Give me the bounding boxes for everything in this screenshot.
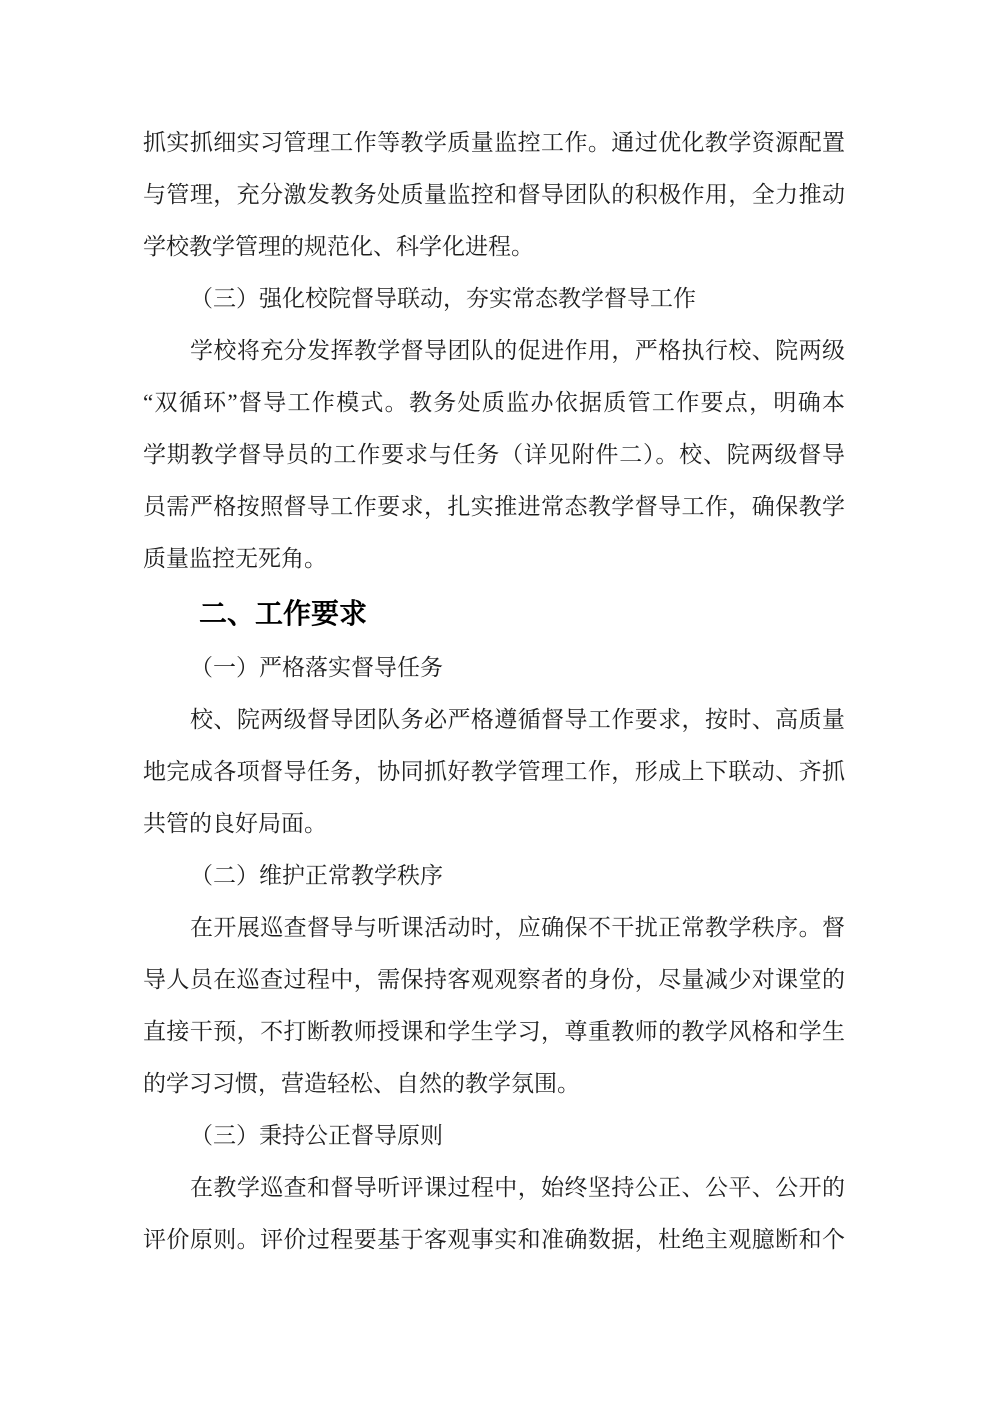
- doc-line: 学期教学督导员的工作要求与任务（详见附件二）。校、院两级督导: [143, 429, 845, 481]
- doc-line: 学校教学管理的规范化、科学化进程。: [143, 221, 845, 273]
- doc-line: 员需严格按照督导工作要求，扎实推进常态教学督导工作，确保教学: [143, 481, 845, 533]
- subsection-heading: （二）维护正常教学秩序: [143, 850, 845, 902]
- doc-line: 共管的良好局面。: [143, 798, 845, 850]
- doc-line: 评价原则。评价过程要基于客观事实和准确数据，杜绝主观臆断和个: [143, 1214, 845, 1266]
- doc-line: 在教学巡查和督导听评课过程中，始终坚持公正、公平、公开的: [143, 1162, 845, 1214]
- doc-line: 质量监控无死角。: [143, 533, 845, 585]
- document-text-block: 抓实抓细实习管理工作等教学质量监控工作。通过优化教学资源配置 与管理，充分激发教…: [143, 117, 845, 1266]
- doc-line: 导人员在巡查过程中，需保持客观观察者的身份，尽量减少对课堂的: [143, 954, 845, 1006]
- doc-line: 与管理，充分激发教务处质量监控和督导团队的积极作用，全力推动: [143, 169, 845, 221]
- section-heading: 二、工作要求: [143, 585, 845, 642]
- doc-line: “双循环”督导工作模式。教务处质监办依据质管工作要点，明确本: [143, 377, 845, 429]
- doc-line: 学校将充分发挥教学督导团队的促进作用，严格执行校、院两级: [143, 325, 845, 377]
- doc-line: 地完成各项督导任务，协同抓好教学管理工作，形成上下联动、齐抓: [143, 746, 845, 798]
- doc-line: 直接干预，不打断教师授课和学生学习，尊重教师的教学风格和学生: [143, 1006, 845, 1058]
- subsection-heading: （三）秉持公正督导原则: [143, 1110, 845, 1162]
- doc-line: 抓实抓细实习管理工作等教学质量监控工作。通过优化教学资源配置: [143, 117, 845, 169]
- subsection-heading: （三）强化校院督导联动，夯实常态教学督导工作: [143, 273, 845, 325]
- document-page: 抓实抓细实习管理工作等教学质量监控工作。通过优化教学资源配置 与管理，充分激发教…: [0, 0, 992, 1403]
- doc-line: 在开展巡查督导与听课活动时，应确保不干扰正常教学秩序。督: [143, 902, 845, 954]
- doc-line: 的学习习惯，营造轻松、自然的教学氛围。: [143, 1058, 845, 1110]
- subsection-heading: （一）严格落实督导任务: [143, 642, 845, 694]
- doc-line: 校、院两级督导团队务必严格遵循督导工作要求，按时、高质量: [143, 694, 845, 746]
